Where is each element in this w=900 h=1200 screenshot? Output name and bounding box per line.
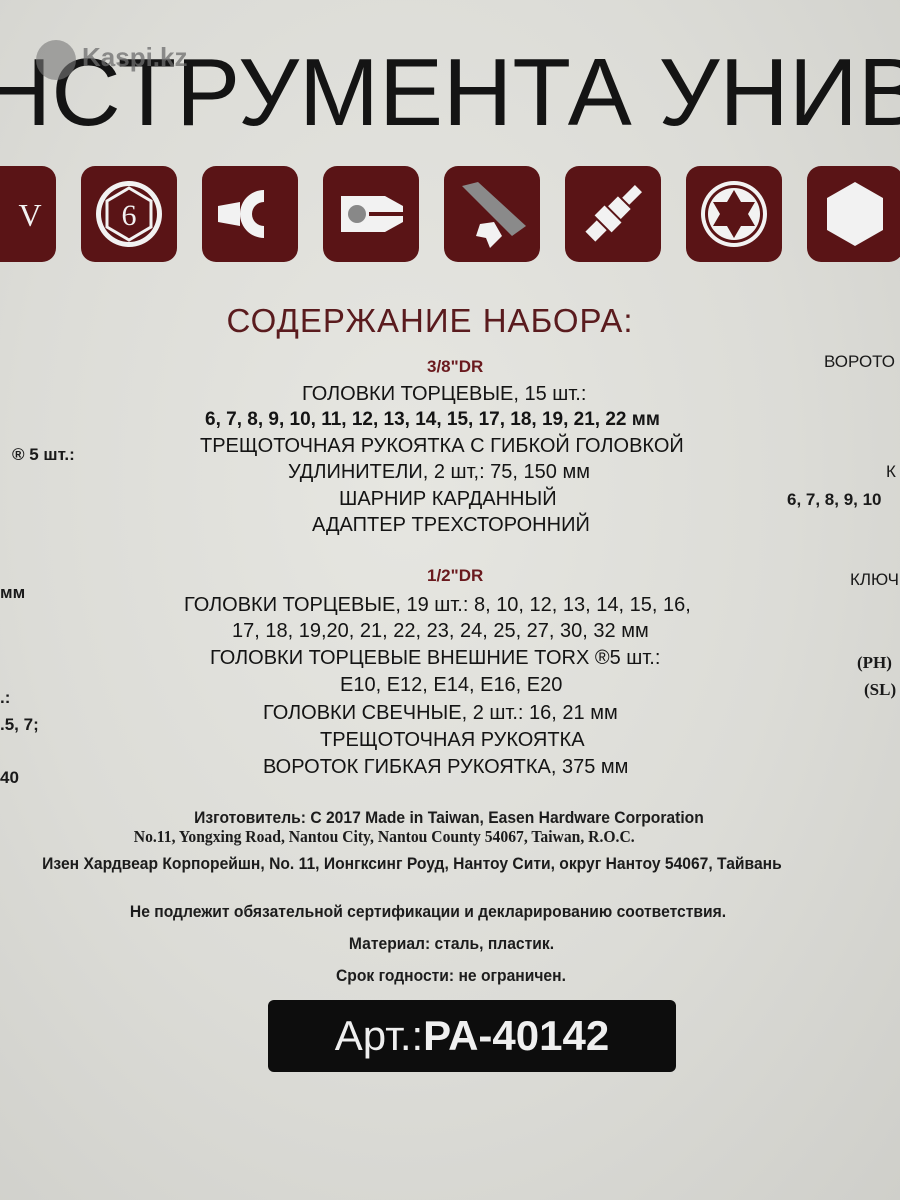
contents-line: АДАПТЕР ТРЕХСТОРОННИЙ [312,514,590,537]
section-label-3-8-dr: 3/8"DR [427,357,483,377]
contents-line: ГОЛОВКИ СВЕЧНЫЕ, 2 шт.: 16, 21 мм [263,702,618,725]
manufacturer-line-2: No.11, Yongxing Road, Nantou City, Nanto… [134,827,635,847]
watermark-logo-icon [36,40,76,80]
left-fragment: мм [0,583,25,603]
manufacturer-line-3: Изен Хардвеар Корпорейшн, No. 11, Ионгкс… [42,854,782,874]
contents-line: УДЛИНИТЕЛИ, 2 шт,: 75, 150 мм [288,461,590,484]
svg-text:V: V [18,197,41,233]
contents-line: 17, 18, 19,20, 21, 22, 23, 24, 25, 27, 3… [232,620,649,643]
torx-star-icon [686,166,782,262]
right-fragment: ВОРОТО [824,352,895,372]
svg-text:6: 6 [122,199,137,232]
material-note: Материал: сталь, пластик. [349,934,554,954]
spark-plug-icon [565,166,661,262]
hexagon-icon [807,166,900,262]
hex-socket-6-icon: 6 [81,166,177,262]
article-label: Арт.: PA-40142 [268,1000,676,1072]
left-fragment: ® 5 шт.: [12,445,75,465]
contents-line: ГОЛОВКИ ТОРЦЕВЫЕ ВНЕШНИЕ TORX ®5 шт.: [210,647,660,670]
tool-icons-row: V 6 [0,166,900,262]
contents-line: ТРЕЩОТОЧНАЯ РУКОЯТКА С ГИБКОЙ ГОЛОВКОЙ [200,435,684,458]
article-prefix: Арт.: [335,1012,423,1060]
right-fragment: (PH) [857,653,892,673]
section-label-1-2-dr: 1/2"DR [427,566,483,586]
letter-v-icon: V [0,166,56,262]
left-fragment: 40 [0,768,19,788]
right-fragment: 6, 7, 8, 9, 10 [787,490,882,510]
shelf-life-note: Срок годности: не ограничен. [336,966,566,986]
left-fragment: .: [0,688,10,708]
contents-line: ТРЕЩОТОЧНАЯ РУКОЯТКА [320,729,585,752]
watermark-text: Kaspi.kz [82,42,188,73]
right-fragment: КЛЮЧ [850,570,899,590]
article-code: PA-40142 [423,1012,609,1060]
contents-line: E10, E12, E14, E16, E20 [340,674,562,697]
wrench-icon [202,166,298,262]
pliers-icon [323,166,419,262]
contents-line: ШАРНИР КАРДАННЫЙ [339,488,557,511]
contents-line: ГОЛОВКИ ТОРЦЕВЫЕ, 15 шт.: [302,383,586,406]
contents-heading: СОДЕРЖАНИЕ НАБОРА: [0,302,900,340]
right-fragment: (SL) [864,680,896,700]
contents-line: ГОЛОВКИ ТОРЦЕВЫЕ, 19 шт.: 8, 10, 12, 13,… [184,594,691,617]
contents-line: 6, 7, 8, 9, 10, 11, 12, 13, 14, 15, 17, … [205,409,660,431]
certification-note: Не подлежит обязательной сертификации и … [130,902,726,922]
manufacturer-line-1: Изготовитель: C 2017 Made in Taiwan, Eas… [194,808,704,828]
contents-line: ВОРОТОК ГИБКАЯ РУКОЯТКА, 375 мм [263,756,628,779]
right-fragment: К [886,462,896,482]
chisel-icon [444,166,540,262]
left-fragment: .5, 7; [0,715,39,735]
